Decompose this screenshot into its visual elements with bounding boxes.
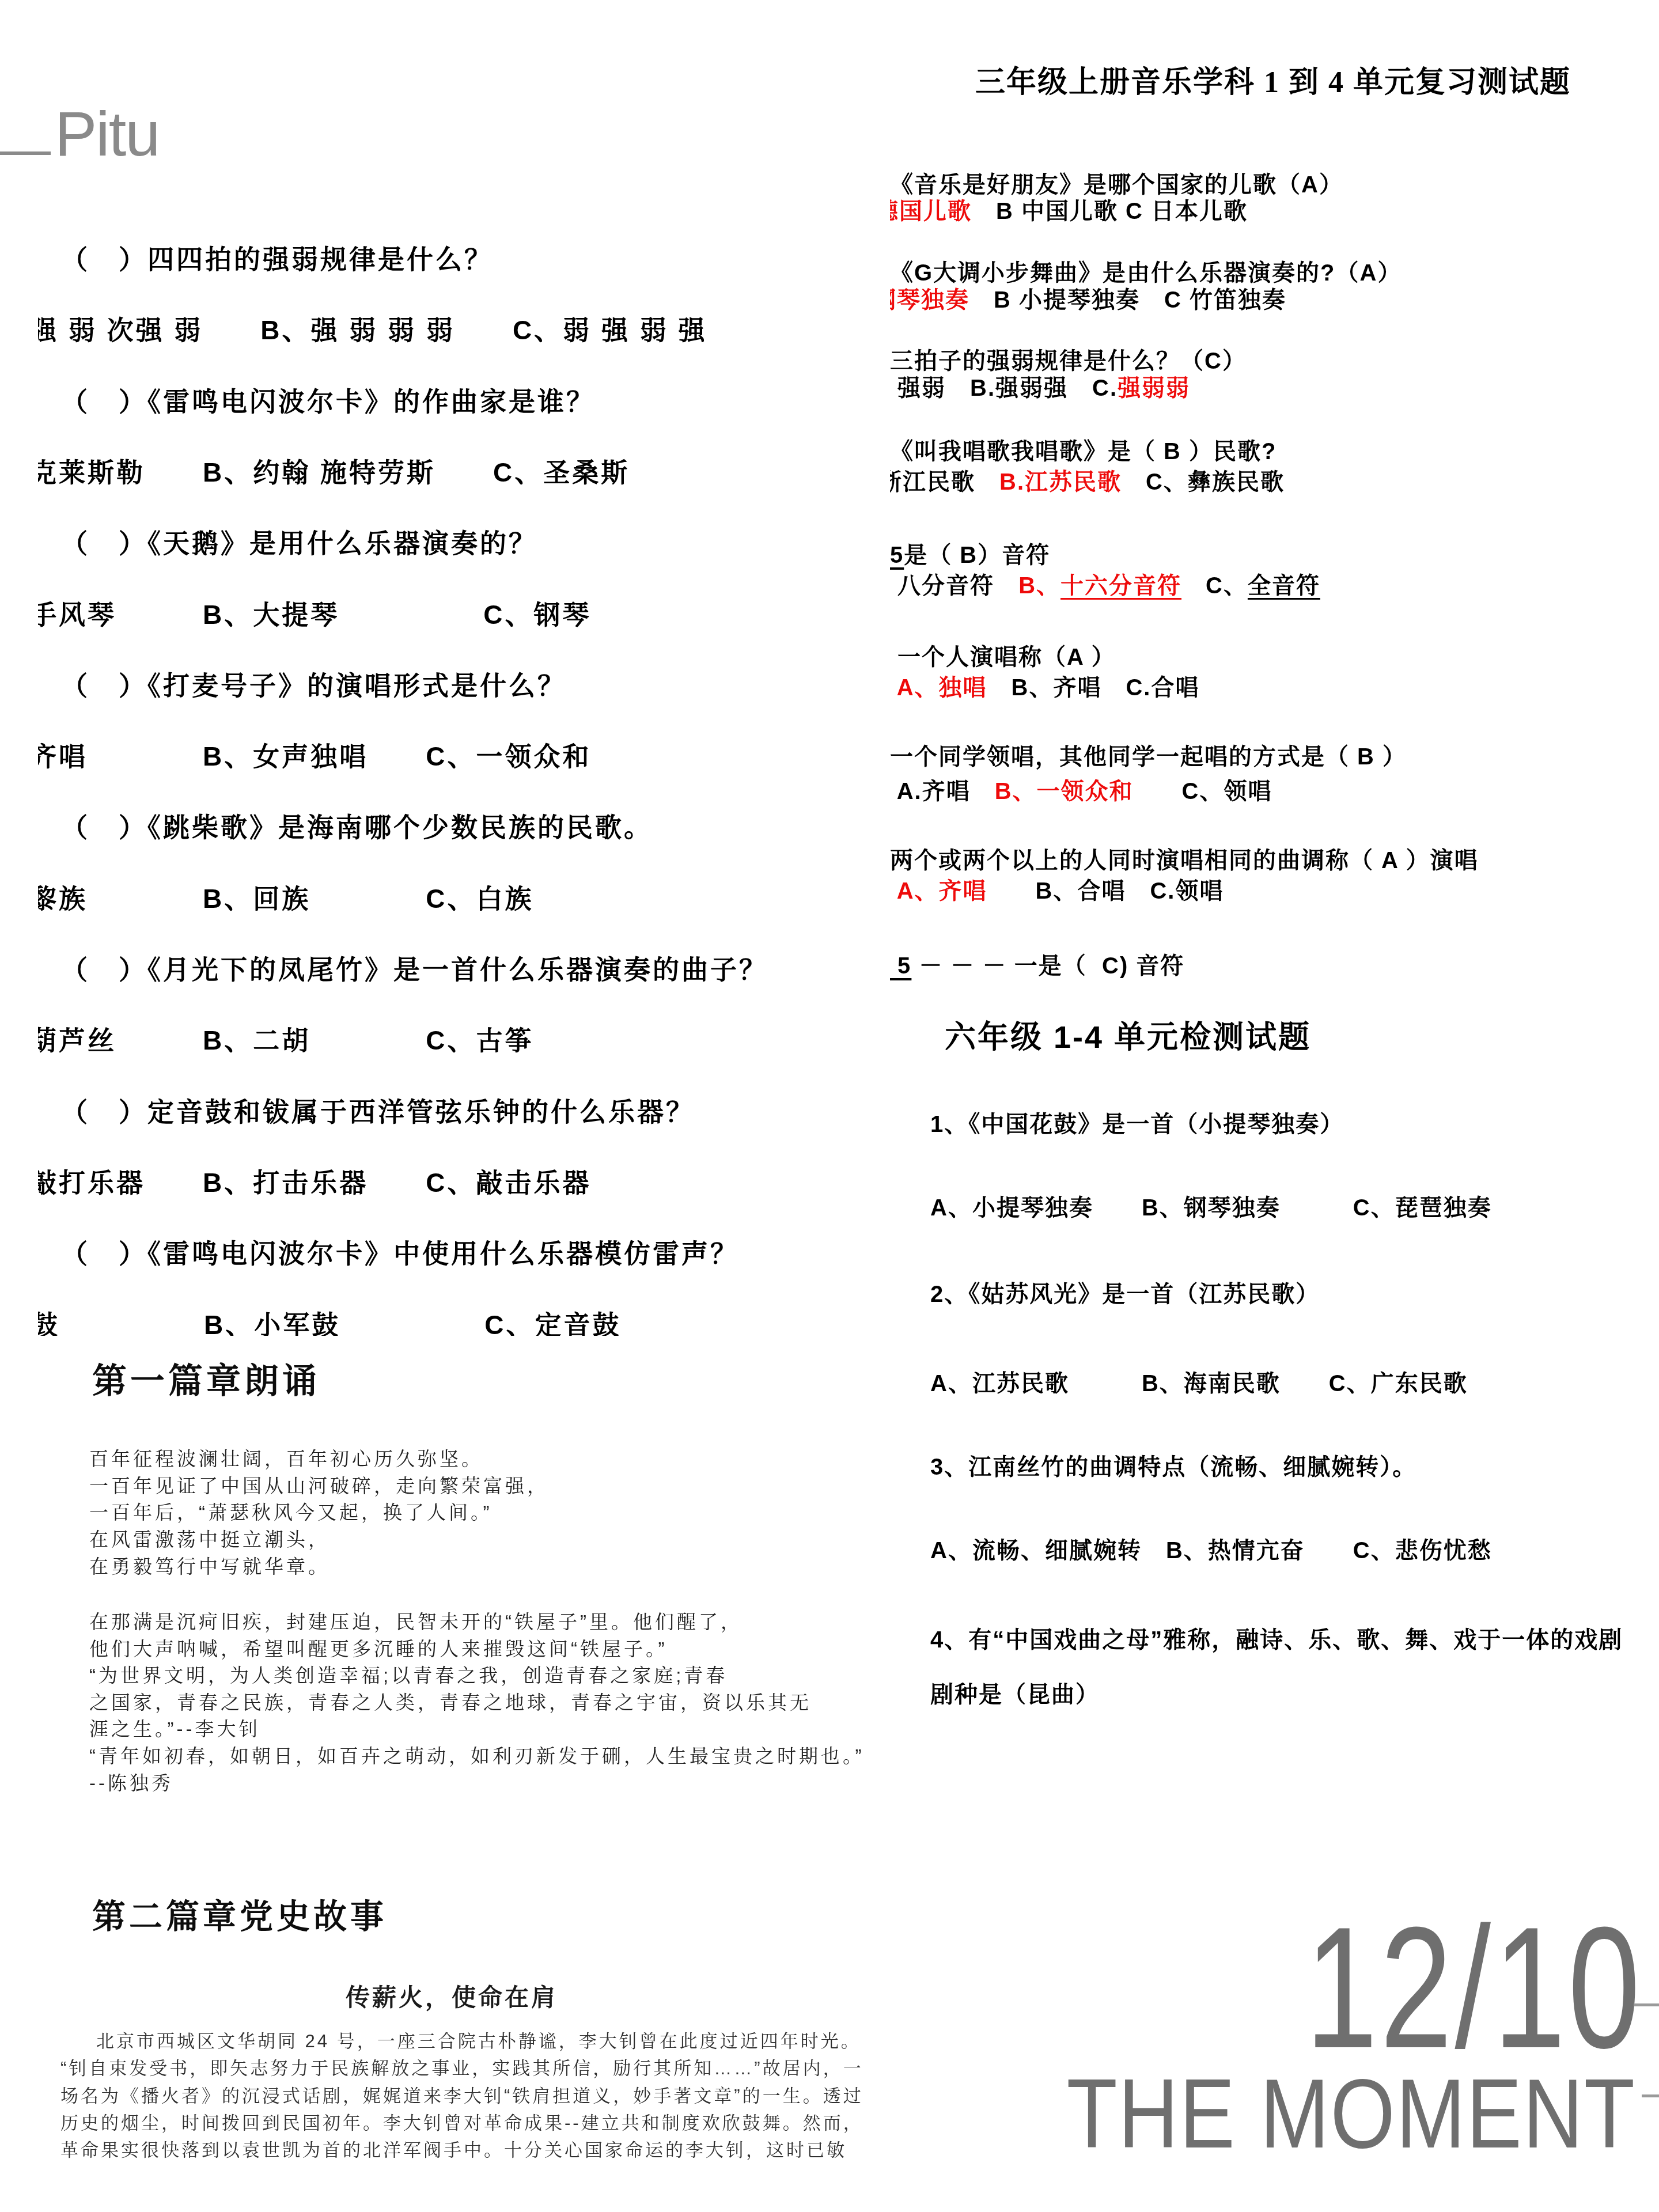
paragraph-line: 历史的烟尘，时间拨回到民国初年。李大钊曾对革命成果--建立共和制度欢欣鼓舞。然而… bbox=[60, 2108, 863, 2134]
options-line: 浙江民歌 B.江苏民歌 C、彝族民歌 bbox=[890, 468, 1285, 496]
options-line: 齐唱 B、女声独唱 C、一领众和 bbox=[38, 741, 891, 772]
text-segment: 5 bbox=[890, 543, 904, 568]
answer-highlight: B、 bbox=[1018, 573, 1060, 599]
text-segment: A.齐唱 bbox=[890, 779, 995, 804]
options-line: 手风琴 B、大提琴 C、钢琴 bbox=[38, 599, 891, 631]
question-line: 三拍子的强弱规律是什么？（C） bbox=[890, 347, 1247, 375]
paragraph-line: “为世界文明，为人类创造幸福;以青春之我，创造青春之家庭;青春 bbox=[89, 1661, 728, 1688]
grade6-title: 六年级 1-4 单元检测试题 bbox=[945, 1013, 1311, 1057]
text-segment: C、 bbox=[1181, 573, 1248, 599]
chapter1-title: 第一篇章朗诵 bbox=[92, 1354, 320, 1403]
text-segment: 《音乐是好朋友》是哪个国家的儿歌（A） bbox=[890, 172, 1343, 198]
question-line: （ ）《跳柴歌》是海南哪个少数民族的民歌。 bbox=[38, 812, 914, 843]
text-segment: C、彝族民歌 bbox=[1122, 469, 1285, 495]
right-paper-title: 三年级上册音乐学科 1 到 4 单元复习测试题 bbox=[887, 58, 1659, 101]
options-line: 八分音符 B、十六分音符 C、全音符 bbox=[890, 572, 1320, 600]
text-segment: － － － 一是（ C) 音符 bbox=[911, 953, 1184, 979]
question-line: 3、江南丝竹的曲调特点（流畅、细腻婉转）。 bbox=[930, 1449, 1416, 1482]
options-line: 大鼓 B、小军鼓 C、定音鼓 bbox=[38, 1309, 891, 1336]
options-line: 黎族 B、回族 C、白族 bbox=[38, 883, 891, 915]
footer-dash2-icon bbox=[1642, 2094, 1659, 2097]
question-line: （ ）《打麦号子》的演唱形式是什么？ bbox=[38, 670, 914, 702]
question-line: （ ）四四拍的强弱规律是什么？ bbox=[38, 244, 914, 275]
text-segment: 两个或两个以上的人同时演唱相同的曲调称（ A ）演唱 bbox=[890, 848, 1479, 873]
chapter2-subtitle: 传薪火，使命在肩 bbox=[346, 1979, 558, 2013]
question-line: （ ）《雷鸣电闪波尔卡》中使用什么乐器模仿雷声？ bbox=[38, 1238, 914, 1270]
text-segment: 三拍子的强弱规律是什么？（C） bbox=[890, 349, 1247, 374]
question-line: 2、《姑苏风光》是一首（江苏民歌） bbox=[930, 1276, 1320, 1309]
text-segment: 一个同学领唱，其他同学一起唱的方式是（ B ） bbox=[890, 744, 1407, 770]
options-line: A、流畅、细腻婉转 B、热情亢奋 C、悲伤忧愁 bbox=[930, 1532, 1492, 1565]
paragraph-line: “青年如初春，如朝日，如百卉之萌动，如利刃新发于硎，人生最宝贵之时期也。” bbox=[89, 1741, 864, 1768]
options-line: 剧种是（昆曲） bbox=[930, 1676, 1100, 1709]
options-line: 强弱 B.强弱强 C.强弱弱 bbox=[890, 374, 1190, 402]
answer-highlight: B.江苏民歌 bbox=[999, 469, 1122, 495]
text-segment: 5 bbox=[890, 953, 911, 979]
answer-highlight: 十六分音符 bbox=[1060, 573, 1181, 599]
question-line: 《叫我唱歌我唱歌》是（ B ）民歌? bbox=[890, 438, 1277, 465]
options-line: 克莱斯勒 B、约翰 施特劳斯 C、圣桑斯 bbox=[38, 457, 891, 488]
question-line: 一个人演唱称（A ） bbox=[890, 643, 1116, 671]
text-segment: B 小提琴独奏 C 竹笛独奏 bbox=[969, 287, 1286, 313]
options-line: 葫芦丝 B、二胡 C、古筝 bbox=[38, 1025, 891, 1056]
paragraph-line: 革命果实很快落到以袁世凯为首的北洋军阀手中。十分关心国家命运的李大钊，这时已敏 bbox=[60, 2135, 847, 2161]
text-segment: B、合唱 C.领唱 bbox=[987, 878, 1224, 904]
answer-highlight: 钢琴独奏 bbox=[890, 287, 969, 313]
question-line: 《音乐是好朋友》是哪个国家的儿歌（A） bbox=[890, 171, 1343, 199]
text-segment: B 中国儿歌 C 日本儿歌 bbox=[972, 199, 1248, 224]
options-line: 德国儿歌 B 中国儿歌 C 日本儿歌 bbox=[890, 198, 1248, 225]
answer-highlight: A、独唱 bbox=[890, 675, 987, 700]
paragraph-line: “钊自束发受书，即矢志努力于民族解放之事业，实践其所信，励行其所知……”故居内，… bbox=[60, 2054, 863, 2080]
text-segment: 八分音符 bbox=[890, 573, 1018, 599]
question-line: 一个同学领唱，其他同学一起唱的方式是（ B ） bbox=[890, 743, 1407, 771]
poem-line: 在风雷激荡中挺立潮头， bbox=[89, 1525, 330, 1552]
paragraph-line: 在那满是沉疴旧疾，封建压迫，民智未开的“铁屋子”里。他们醒了， bbox=[89, 1607, 743, 1634]
chapter2-title: 第二篇章党史故事 bbox=[92, 1889, 387, 1938]
answer-highlight: A、齐唱 bbox=[890, 878, 987, 904]
options-line: A.齐唱 B、一领众和 C、领唱 bbox=[890, 778, 1272, 805]
options-line: A、江苏民歌 B、海南民歌 C、广东民歌 bbox=[930, 1365, 1468, 1398]
options-line: A、独唱 B、齐唱 C.合唱 bbox=[890, 674, 1199, 702]
text-segment: 浙江民歌 bbox=[890, 469, 975, 495]
page-number: 12/10 bbox=[1305, 1901, 1643, 2074]
options-line: 强 弱 次强 弱 B、强 弱 弱 弱 C、弱 强 弱 强 bbox=[38, 315, 891, 346]
question-line: 5 － － － 一是（ C) 音符 bbox=[890, 952, 1184, 980]
poem-line: 一百年后，“萧瑟秋风今又起，换了人间。” bbox=[89, 1498, 492, 1525]
pitu-logo: Pitu bbox=[55, 103, 160, 166]
footer-dash-icon bbox=[1634, 2003, 1659, 2006]
question-line: 《G大调小步舞曲》是由什么乐器演奏的?（A） bbox=[890, 259, 1402, 287]
options-line: 钢琴独奏 B 小提琴独奏 C 竹笛独奏 bbox=[890, 286, 1286, 314]
text-segment: 一个人演唱称（A ） bbox=[890, 645, 1116, 670]
answer-highlight: 强弱弱 bbox=[1118, 376, 1190, 401]
paragraph-line: 北京市西城区文华胡同 24 号，一座三合院古朴静谧，李大钊曾在此度过近四年时光。 bbox=[60, 2027, 861, 2052]
text-segment: 是（ B）音符 bbox=[904, 543, 1050, 568]
question-line: （ ）《雷鸣电闪波尔卡》的作曲家是谁？ bbox=[38, 386, 914, 418]
paragraph-line: --陈独秀 bbox=[89, 1768, 173, 1796]
footer-brand: THE MOMENT bbox=[1067, 2065, 1636, 2163]
text-segment bbox=[975, 469, 999, 495]
paragraph-line: 之国家，青春之民族，青春之人类，青春之地球，青春之宇宙，资以乐其无 bbox=[89, 1688, 812, 1715]
poem-line: 百年征程波澜壮阔，百年初心历久弥坚。 bbox=[89, 1444, 483, 1471]
text-segment: B、齐唱 C.合唱 bbox=[987, 675, 1200, 700]
question-line: 1、《中国花鼓》是一首（小提琴独奏） bbox=[930, 1106, 1344, 1139]
question-line: 5是（ B）音符 bbox=[890, 541, 1050, 569]
text-segment: 《叫我唱歌我唱歌》是（ B ）民歌? bbox=[890, 439, 1277, 464]
poem-line: 在勇毅笃行中写就华章。 bbox=[89, 1552, 330, 1579]
text-segment: 《G大调小步舞曲》是由什么乐器演奏的?（A） bbox=[890, 260, 1402, 286]
paragraph-line: 场名为《播火者》的沉浸式话剧，娓娓道来李大钊“铁肩担道义，妙手著文章”的一生。透… bbox=[60, 2081, 863, 2107]
paragraph-line: 涯之生。”--李大钊 bbox=[89, 1714, 260, 1741]
question-line: 两个或两个以上的人同时演唱相同的曲调称（ A ）演唱 bbox=[890, 847, 1479, 874]
text-segment: C、领唱 bbox=[1134, 779, 1272, 804]
paragraph-line: 他们大声呐喊，希望叫醒更多沉睡的人来摧毁这间“铁屋子。” bbox=[89, 1634, 667, 1661]
text-segment: 强弱 B.强弱强 C. bbox=[890, 376, 1118, 401]
question-line: （ ）定音鼓和钹属于西洋管弦乐钟的什么乐器？ bbox=[38, 1096, 914, 1128]
options-line: 敲打乐器 B、打击乐器 C、敲击乐器 bbox=[38, 1167, 891, 1199]
question-line: 4、有“中国戏曲之母”雅称，融诗、乐、歌、舞、戏于一体的戏剧 bbox=[930, 1622, 1623, 1654]
poem-line: 一百年见证了中国从山河破碎，走向繁荣富强， bbox=[89, 1471, 549, 1498]
answer-highlight: B、一领众和 bbox=[995, 779, 1134, 804]
question-line: （ ）《天鹅》是用什么乐器演奏的？ bbox=[38, 528, 914, 559]
pitu-logo-line bbox=[0, 151, 51, 155]
options-line: A、小提琴独奏 B、钢琴独奏 C、琵琶独奏 bbox=[930, 1190, 1492, 1222]
answer-highlight: 德国儿歌 bbox=[890, 199, 972, 224]
text-segment: 全音符 bbox=[1248, 573, 1320, 599]
page: Pitu 三年级上册音乐学科 1 到 4 单元复习测试题 （ ）四四拍的强弱规律… bbox=[0, 0, 1659, 2212]
options-line: A、齐唱 B、合唱 C.领唱 bbox=[890, 877, 1224, 905]
question-line: （ ）《月光下的凤尾竹》是一首什么乐器演奏的曲子？ bbox=[38, 954, 914, 986]
